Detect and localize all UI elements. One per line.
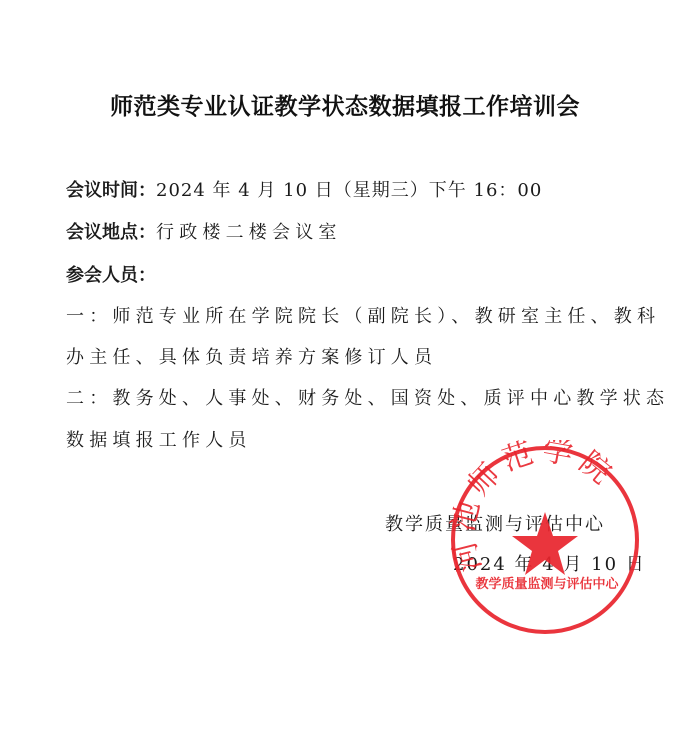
document-title: 师范类专业认证教学状态数据填报工作培训会 bbox=[0, 88, 690, 121]
attendees-group1-line2: 办主任、具体负责培养方案修订人员 bbox=[66, 343, 437, 369]
meeting-time-line: 会议时间：2024 年 4 月 10 日（星期三）下午 16：00 bbox=[66, 176, 542, 202]
attendees-group2-line2: 数据填报工作人员 bbox=[66, 426, 252, 452]
seal-bottom-text: 教学质量监测与评估中心 bbox=[474, 576, 619, 592]
meeting-time-label: 会议时间： bbox=[66, 180, 156, 201]
meeting-place-value: 行政楼二楼会议室 bbox=[156, 222, 342, 243]
attendees-label: 参会人员： bbox=[66, 265, 156, 286]
attendees-group2-line1: 二：教务处、人事处、财务处、国资处、质评中心教学状态 bbox=[66, 384, 669, 410]
meeting-place-label: 会议地点： bbox=[66, 222, 156, 243]
official-seal-icon: 河池师范学院 教学质量监测与评估中心 bbox=[445, 440, 645, 640]
meeting-place-line: 会议地点：行政楼二楼会议室 bbox=[66, 218, 342, 244]
meeting-time-value: 2024 年 4 月 10 日（星期三）下午 16：00 bbox=[156, 180, 542, 201]
attendees-group1-line1: 一：师范专业所在学院院长（副院长）、教研室主任、教科 bbox=[66, 302, 660, 328]
attendees-line: 参会人员： bbox=[66, 261, 156, 287]
